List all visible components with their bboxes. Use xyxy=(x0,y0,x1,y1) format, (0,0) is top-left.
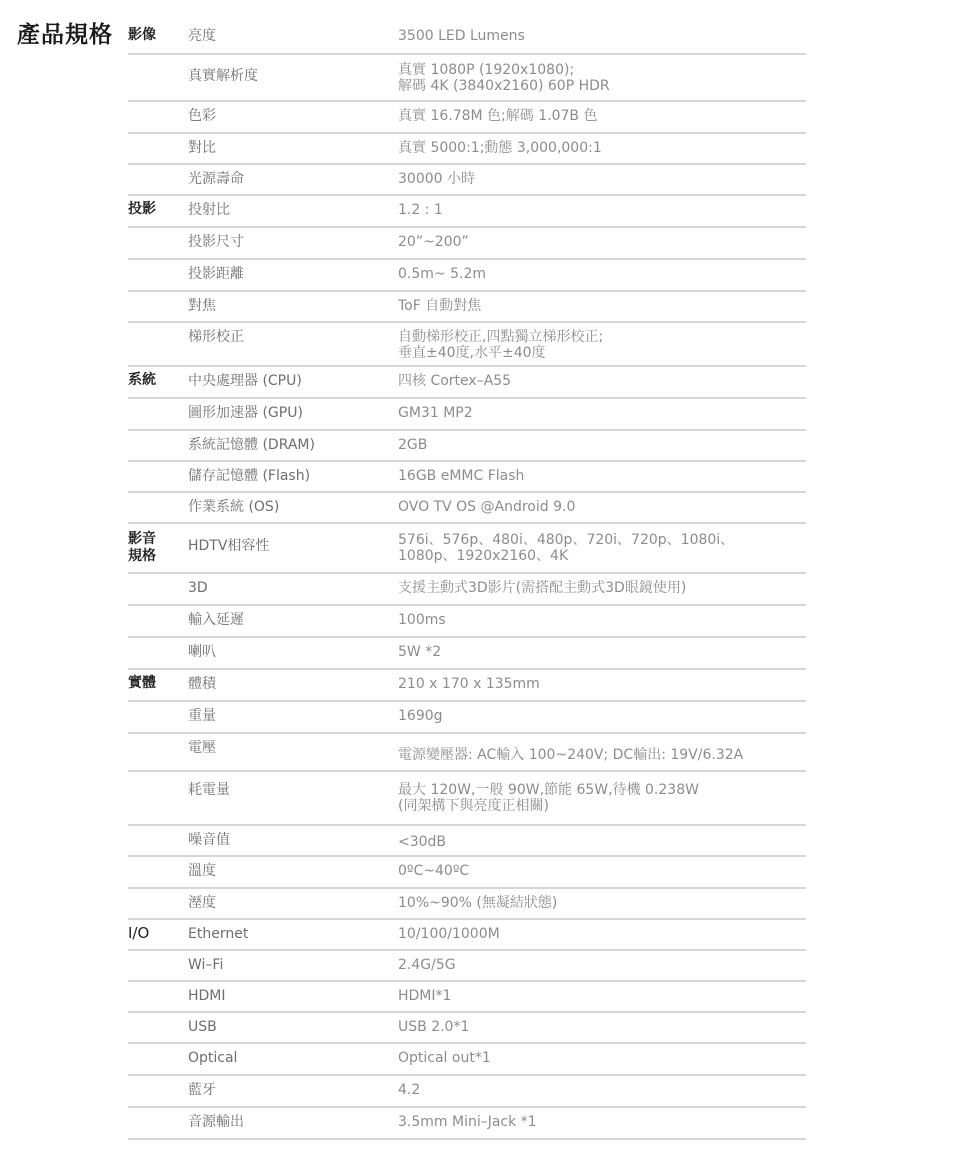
spec-row: 真實解析度 真實 1080P (1920x1080); 解碼 4K (3840x… xyxy=(128,55,806,102)
spec-label: 亮度 xyxy=(188,22,398,45)
spec-value: Optical out*1 xyxy=(398,1044,806,1066)
spec-value: 3.5mm Mini–Jack *1 xyxy=(398,1108,806,1130)
spec-label: 溫度 xyxy=(188,857,398,880)
spec-row: 投影尺寸 20”~200” xyxy=(128,228,806,260)
spec-label: HDMI xyxy=(188,982,398,1005)
spec-row: USB USB 2.0*1 xyxy=(128,1013,806,1044)
page-title: 產品規格 xyxy=(17,20,113,50)
spec-label: 儲存記憶體 (Flash) xyxy=(188,462,398,485)
spec-label: 投射比 xyxy=(188,196,398,219)
spec-row: 圖形加速器 (GPU) GM31 MP2 xyxy=(128,399,806,431)
spec-label: 對比 xyxy=(188,134,398,157)
spec-category xyxy=(128,826,188,831)
spec-category xyxy=(128,1108,188,1113)
spec-row: 色彩 真實 16.78M 色;解碼 1.07B 色 xyxy=(128,102,806,134)
spec-value: 0.5m~ 5.2m xyxy=(398,260,806,282)
spec-category xyxy=(128,323,188,328)
spec-value: 2.4G/5G xyxy=(398,951,806,973)
spec-row: 藍牙 4.2 xyxy=(128,1076,806,1108)
spec-row: HDMI HDMI*1 xyxy=(128,982,806,1013)
spec-label: 噪音值 xyxy=(188,826,398,849)
spec-category xyxy=(128,260,188,265)
spec-category xyxy=(128,857,188,862)
spec-category xyxy=(128,1013,188,1018)
spec-row: 影像 亮度 3500 LED Lumens xyxy=(128,22,806,55)
spec-label: 體積 xyxy=(188,670,398,693)
spec-label: 電壓 xyxy=(188,734,398,757)
spec-label: 作業系統 (OS) xyxy=(188,493,398,516)
spec-row: 溫度 0ºC~40ºC xyxy=(128,857,806,889)
spec-value: 電源變壓器: AC輸入 100~240V; DC輸出: 19V/6.32A xyxy=(398,734,806,763)
spec-label: 中央處理器 (CPU) xyxy=(188,367,398,390)
spec-value: 10%~90% (無凝結狀態) xyxy=(398,889,806,911)
spec-label: 色彩 xyxy=(188,102,398,125)
spec-row: 對比 真實 5000:1;動態 3,000,000:1 xyxy=(128,134,806,165)
spec-row: 系統 中央處理器 (CPU) 四核 Cortex–A55 xyxy=(128,367,806,399)
spec-value: 20”~200” xyxy=(398,228,806,250)
spec-label: 對焦 xyxy=(188,292,398,315)
spec-label: Wi–Fi xyxy=(188,951,398,974)
spec-category xyxy=(128,638,188,643)
spec-row: 耗電量 最大 120W,一般 90W,節能 65W,待機 0.238W (同架構… xyxy=(128,772,806,826)
spec-row: 喇叭 5W *2 xyxy=(128,638,806,670)
spec-label: HDTV相容性 xyxy=(188,524,398,555)
spec-row: I/O Ethernet 10/100/1000M xyxy=(128,920,806,951)
spec-category xyxy=(128,431,188,436)
spec-value: 30000 小時 xyxy=(398,165,806,187)
spec-category xyxy=(128,951,188,956)
spec-label: 喇叭 xyxy=(188,638,398,661)
spec-value: HDMI*1 xyxy=(398,982,806,1004)
spec-label: 光源壽命 xyxy=(188,165,398,188)
spec-value: 支援主動式3D影片(需搭配主動式3D眼鏡使用) xyxy=(398,574,806,596)
spec-value: 真實 5000:1;動態 3,000,000:1 xyxy=(398,134,806,156)
spec-row: 影音 規格 HDTV相容性 576i、576p、480i、480p、720i、7… xyxy=(128,524,806,574)
spec-value: OVO TV OS @Android 9.0 xyxy=(398,493,806,515)
spec-category xyxy=(128,1044,188,1049)
spec-category xyxy=(128,55,188,60)
spec-category xyxy=(128,228,188,233)
spec-category xyxy=(128,292,188,297)
spec-value: 1.2 : 1 xyxy=(398,196,806,218)
spec-category xyxy=(128,982,188,987)
spec-value: 210 x 170 x 135mm xyxy=(398,670,806,692)
spec-value: 自動梯形校正,四點獨立梯形校正; 垂直±40度,水平±40度 xyxy=(398,323,806,361)
spec-label: 藍牙 xyxy=(188,1076,398,1099)
spec-value: 四核 Cortex–A55 xyxy=(398,367,806,389)
spec-category xyxy=(128,1076,188,1081)
spec-row: Optical Optical out*1 xyxy=(128,1044,806,1076)
spec-row: 音源輸出 3.5mm Mini–Jack *1 xyxy=(128,1108,806,1140)
spec-value: 真實 16.78M 色;解碼 1.07B 色 xyxy=(398,102,806,124)
spec-table: 影像 亮度 3500 LED Lumens 真實解析度 真實 1080P (19… xyxy=(128,22,806,1140)
spec-label: 真實解析度 xyxy=(188,55,398,85)
spec-row: 3D 支援主動式3D影片(需搭配主動式3D眼鏡使用) xyxy=(128,574,806,606)
spec-label: 圖形加速器 (GPU) xyxy=(188,399,398,422)
spec-category xyxy=(128,134,188,139)
spec-category: 系統 xyxy=(128,367,188,389)
spec-value: GM31 MP2 xyxy=(398,399,806,421)
spec-row: 作業系統 (OS) OVO TV OS @Android 9.0 xyxy=(128,493,806,524)
spec-label: 系統記憶體 (DRAM) xyxy=(188,431,398,454)
spec-category xyxy=(128,165,188,170)
spec-value: 最大 120W,一般 90W,節能 65W,待機 0.238W (同架構下與亮度… xyxy=(398,772,806,814)
spec-category: 影像 xyxy=(128,22,188,44)
spec-category xyxy=(128,462,188,467)
spec-value: 10/100/1000M xyxy=(398,920,806,942)
spec-row: 投影距離 0.5m~ 5.2m xyxy=(128,260,806,292)
spec-label: 輸入延遲 xyxy=(188,606,398,629)
spec-label: 溼度 xyxy=(188,889,398,912)
spec-label: 耗電量 xyxy=(188,772,398,799)
spec-category: 實體 xyxy=(128,670,188,692)
spec-label: USB xyxy=(188,1013,398,1036)
spec-category xyxy=(128,702,188,707)
spec-value: 4.2 xyxy=(398,1076,806,1098)
spec-value: 真實 1080P (1920x1080); 解碼 4K (3840x2160) … xyxy=(398,55,806,94)
spec-label: 重量 xyxy=(188,702,398,725)
spec-row: 輸入延遲 100ms xyxy=(128,606,806,638)
spec-value: 5W *2 xyxy=(398,638,806,660)
spec-row: 對焦 ToF 自動對焦 xyxy=(128,292,806,323)
spec-row: 梯形校正 自動梯形校正,四點獨立梯形校正; 垂直±40度,水平±40度 xyxy=(128,323,806,367)
spec-category xyxy=(128,574,188,579)
spec-value: ToF 自動對焦 xyxy=(398,292,806,314)
spec-row: 投影 投射比 1.2 : 1 xyxy=(128,196,806,228)
spec-category xyxy=(128,772,188,777)
spec-category xyxy=(128,493,188,498)
spec-label: 梯形校正 xyxy=(188,323,398,346)
spec-row: 實體 體積 210 x 170 x 135mm xyxy=(128,670,806,702)
spec-row: Wi–Fi 2.4G/5G xyxy=(128,951,806,982)
spec-label: 投影距離 xyxy=(188,260,398,283)
spec-value: 3500 LED Lumens xyxy=(398,22,806,44)
spec-category xyxy=(128,734,188,739)
spec-value: 16GB eMMC Flash xyxy=(398,462,806,484)
spec-value: 576i、576p、480i、480p、720i、720p、1080i、 108… xyxy=(398,524,806,564)
spec-category xyxy=(128,889,188,894)
spec-value: 1690g xyxy=(398,702,806,724)
spec-value: USB 2.0*1 xyxy=(398,1013,806,1035)
spec-category xyxy=(128,102,188,107)
spec-value: 2GB xyxy=(398,431,806,453)
spec-value: 0ºC~40ºC xyxy=(398,857,806,879)
spec-label: 3D xyxy=(188,574,398,597)
spec-row: 儲存記憶體 (Flash) 16GB eMMC Flash xyxy=(128,462,806,493)
spec-value: 100ms xyxy=(398,606,806,628)
spec-label: Ethernet xyxy=(188,920,398,943)
spec-value: <30dB xyxy=(398,826,806,850)
spec-row: 重量 1690g xyxy=(128,702,806,734)
spec-row: 噪音值 <30dB xyxy=(128,826,806,857)
spec-row: 光源壽命 30000 小時 xyxy=(128,165,806,196)
spec-row: 系統記憶體 (DRAM) 2GB xyxy=(128,431,806,462)
spec-label: 投影尺寸 xyxy=(188,228,398,251)
spec-category: I/O xyxy=(128,920,188,942)
spec-category: 投影 xyxy=(128,196,188,218)
spec-category xyxy=(128,399,188,404)
spec-category: 影音 規格 xyxy=(128,524,188,565)
spec-label: Optical xyxy=(188,1044,398,1067)
spec-row: 電壓 電源變壓器: AC輸入 100~240V; DC輸出: 19V/6.32A xyxy=(128,734,806,772)
spec-row: 溼度 10%~90% (無凝結狀態) xyxy=(128,889,806,920)
spec-label: 音源輸出 xyxy=(188,1108,398,1131)
spec-category xyxy=(128,606,188,611)
